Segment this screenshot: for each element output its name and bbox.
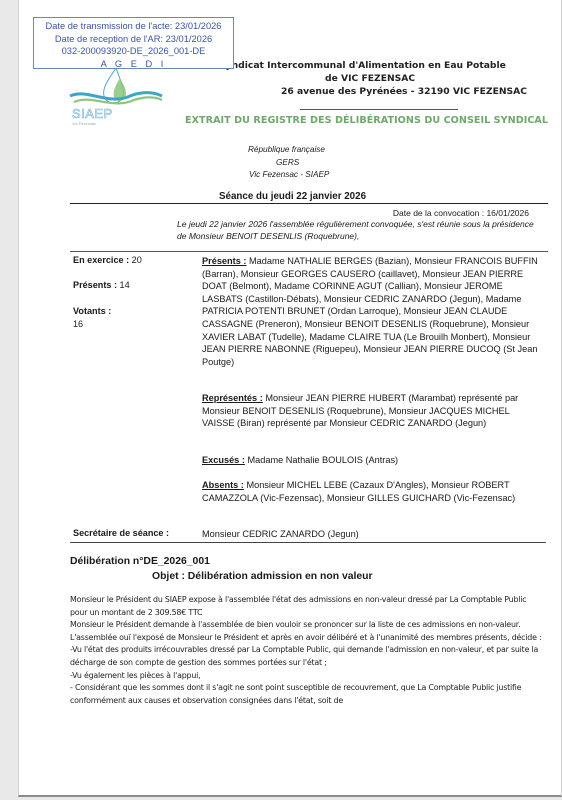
votants-count: Votants : (73, 306, 111, 316)
body-paragraph: - Considérant que les sommes dont il s'a… (70, 682, 545, 707)
excuses-label: Excusés : (202, 455, 245, 465)
commune-label: Vic Fezensac - SIAEP (249, 170, 329, 179)
en-exercice-label: En exercice : (73, 255, 129, 265)
secretaire-name: Monsieur CEDRIC ZANARDO (Jegun) (202, 528, 542, 541)
transmission-stamp: Date de transmission de l'acte: 23/01/20… (33, 17, 234, 69)
deliberation-subject: Objet : Délibération admission en non va… (152, 571, 373, 582)
register-title: EXTRAIT DU REGISTRE DES DÉLIBÉRATIONS DU… (185, 115, 548, 126)
en-exercice-count: En exercice : 20 (73, 255, 142, 265)
body-paragraph: -Vu l'état des produits irrécouvrables d… (70, 644, 545, 669)
session-title: Séance du jeudi 22 janvier 2026 (219, 191, 366, 202)
secretaire-label-wrap: Secrétaire de séance : (73, 528, 169, 538)
stamp-reception-date: Date de reception de l'AR: 23/01/2026 (34, 33, 233, 46)
votants-value: 16 (73, 319, 83, 329)
excuses-text: Madame Nathalie BOULOIS (Antras) (247, 455, 398, 465)
stamp-transmission-date: Date de transmission de l'acte: 23/01/20… (34, 20, 233, 33)
org-address: 26 avenue des Pyrénées - 32190 VIC FEZEN… (281, 86, 527, 97)
body-paragraph: L'assemblée ouï l'exposé de Monsieur le … (70, 632, 545, 645)
presents-label: Présents : (202, 256, 246, 266)
secretaire-label: Secrétaire de séance : (73, 528, 169, 538)
header-divider (300, 109, 458, 110)
convocation-date: Date de la convocation : 16/01/2026 (393, 208, 529, 218)
org-name: Syndicat Intercommunal d'Alimentation en… (219, 60, 506, 71)
stamp-agency: A G E D I (34, 58, 233, 71)
body-paragraph: Monsieur le Président du SIAEP expose à … (70, 594, 545, 619)
presents-text: Madame NATHALIE BERGES (Bazian), Monsieu… (202, 256, 538, 367)
stamp-reference: 032-200093920-DE_2026_001-DE (34, 45, 233, 58)
department-label: GERS (276, 158, 299, 167)
attendance-divider (70, 251, 548, 252)
body-paragraph: -Vu également les pièces à l'appui, (70, 670, 545, 683)
absents-text: Monsieur MICHEL LEBE (Cazaux D'Angles), … (202, 480, 515, 503)
org-city: de VIC FEZENSAC (325, 73, 415, 84)
siaep-logo-icon: SIAEP Vic-Fezensac (68, 66, 163, 126)
svg-text:Vic-Fezensac: Vic-Fezensac (72, 121, 96, 126)
svg-text:SIAEP: SIAEP (72, 106, 113, 121)
presents-count-value: 14 (120, 280, 130, 290)
secretaire-divider (70, 542, 546, 543)
deliberation-body: Monsieur le Président du SIAEP expose à … (70, 594, 545, 707)
presents-count: Présents : 14 (73, 280, 130, 290)
absents-list: Absents : Monsieur MICHEL LEBE (Cazaux D… (202, 479, 542, 504)
deliberation-number: Délibération n°DE_2026_001 (70, 556, 210, 567)
en-exercice-value: 20 (132, 255, 142, 265)
session-divider (70, 203, 548, 204)
representes-label: Représentés : (202, 393, 263, 403)
body-paragraph: Monsieur le Président demande à l'assemb… (70, 619, 545, 632)
absents-label: Absents : (202, 480, 244, 490)
excuses-list: Excusés : Madame Nathalie BOULOIS (Antra… (202, 454, 542, 467)
representes-list: Représentés : Monsieur JEAN PIERRE HUBER… (202, 392, 542, 430)
republic-label: République française (248, 145, 325, 154)
presents-count-label: Présents : (73, 280, 117, 290)
votants-label: Votants : (73, 306, 111, 316)
presents-list: Présents : Madame NATHALIE BERGES (Bazia… (202, 255, 542, 368)
session-intro: Le jeudi 22 janvier 2026 l'assemblée rég… (177, 218, 537, 243)
